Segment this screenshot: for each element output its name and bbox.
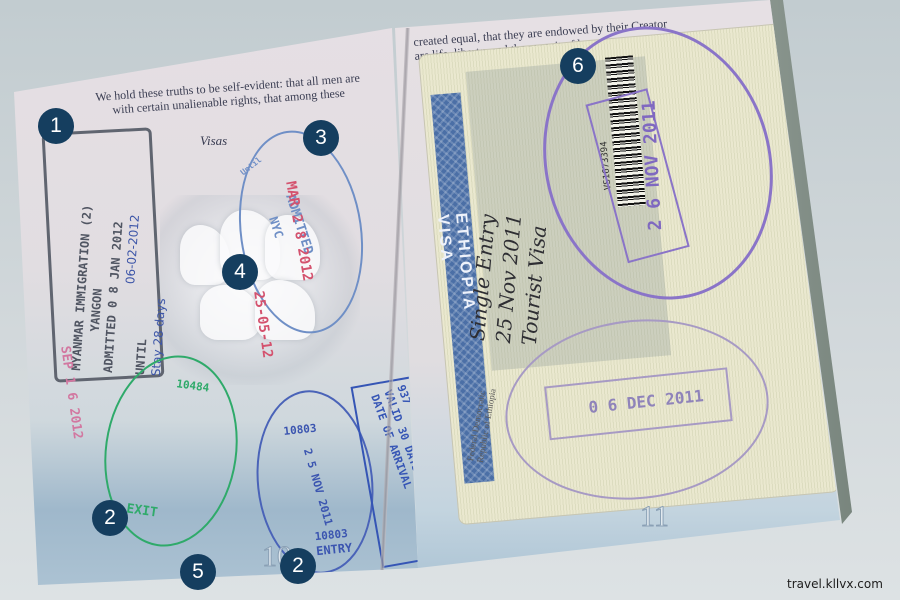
annotation-badge: 6 (560, 48, 596, 84)
stamp-text: 10803 (283, 422, 317, 438)
stamp-date-box: 0 6 DEC 2011 (544, 367, 733, 440)
page-number-right: 11 (640, 500, 669, 534)
visa-handwriting: Single Entry 25 Nov 2011 Tourist Visa (464, 210, 553, 346)
left-verse: We hold these truths to be self-evident:… (95, 71, 361, 118)
watermark: travel.kllvx.com (787, 577, 883, 591)
stamp-text: 10484 (176, 377, 211, 394)
annotation-badge: 3 (303, 120, 339, 156)
visas-title: Visas (200, 133, 227, 149)
passport: We hold these truths to be self-evident:… (0, 0, 900, 600)
stamp-date-box: 2 6 NOV 2011 (585, 88, 689, 263)
stamp-text: 2 5 NOV 2011 (301, 447, 335, 527)
annotation-badge: 2 (92, 500, 128, 536)
myanmar-stamp: MYANMAR IMMIGRATION (2) YANGON ADMITTED … (48, 130, 158, 380)
annotation-badge: 2 (280, 548, 316, 584)
annotation-badge: 1 (38, 108, 74, 144)
stamp-text: Until (239, 155, 264, 177)
stamp-date: 0 6 DEC 2011 (588, 386, 705, 417)
annotation-badge: 5 (180, 554, 216, 590)
annotation-badge: 4 (222, 254, 258, 290)
stamp-text: ENTRY (316, 541, 353, 559)
stamp-text: EXIT (125, 501, 158, 520)
stamp-text: NYC (266, 215, 286, 240)
stamp-date: 2 6 NOV 2011 (638, 100, 666, 231)
